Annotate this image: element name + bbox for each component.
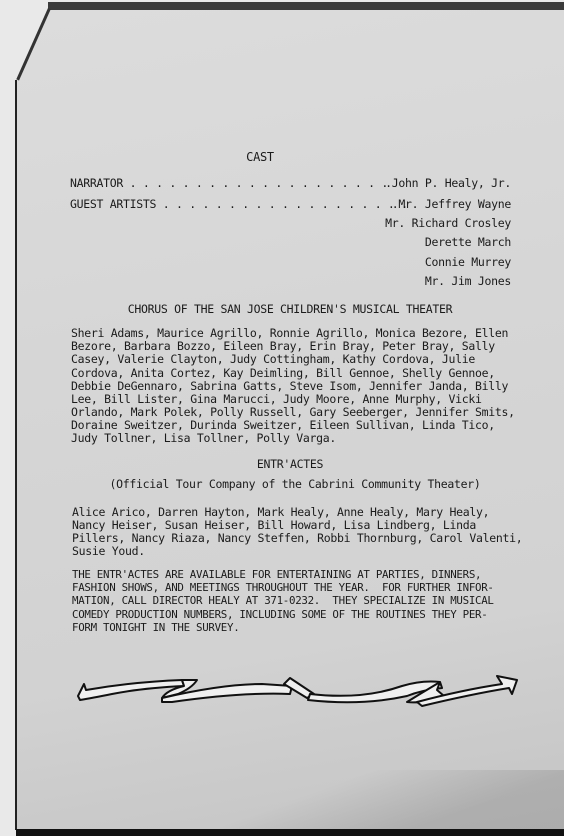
guest-artist: .Mr. Jeffrey Wayne — [300, 197, 511, 211]
page-shadow — [220, 770, 564, 830]
chorus-line: Sheri Adams, Maurice Agrillo, Ronnie Agr… — [71, 326, 508, 340]
page-edge-bottom — [16, 829, 564, 836]
chorus-line: Lee, Bill Lister, Gina Marucci, Judy Moo… — [71, 392, 482, 406]
notice-line: MATION, CALL DIRECTOR HEALY AT 371-0232.… — [72, 594, 494, 608]
chorus-line: Casey, Valerie Clayton, Judy Cottingham,… — [71, 352, 475, 366]
entractes-line: Nancy Heiser, Susan Heiser, Bill Howard,… — [72, 518, 476, 532]
chorus-line: Doraine Sweitzer, Durinda Sweitzer, Eile… — [71, 418, 495, 432]
entractes-subheading: (Official Tour Company of the Cabrini Co… — [60, 477, 530, 491]
chorus-line: Judy Tollner, Lisa Tollner, Polly Varga. — [71, 431, 336, 445]
chorus-line: Debbie DeGennaro, Sabrina Gatts, Steve I… — [71, 379, 508, 393]
cast-heading: CAST — [200, 150, 320, 164]
notice-line: COMEDY PRODUCTION NUMBERS, INCLUDING SOM… — [72, 608, 487, 622]
chorus-heading: CHORUS OF THE SAN JOSE CHILDREN'S MUSICA… — [60, 302, 520, 316]
guest-artist: Connie Murrey — [300, 255, 511, 269]
page-edge-top — [48, 2, 564, 10]
ribbon-banner-icon — [72, 672, 522, 708]
notice-line: FASHION SHOWS, AND MEETINGS THROUGHOUT T… — [72, 581, 494, 595]
notice-line: THE ENTR'ACTES ARE AVAILABLE FOR ENTERTA… — [72, 568, 481, 582]
entractes-line: Alice Arico, Darren Hayton, Mark Healy, … — [72, 505, 489, 519]
entractes-line: Pillers, Nancy Riaza, Nancy Steffen, Rob… — [72, 531, 522, 545]
narrator-name: .John P. Healy, Jr. — [300, 176, 511, 190]
guest-artist: Derette March — [300, 235, 511, 249]
entractes-heading: ENTR'ACTES — [200, 457, 380, 471]
chorus-line: Bezore, Barbara Bozzo, Eileen Bray, Erin… — [71, 339, 495, 353]
guest-artist: Mr. Richard Crosley — [300, 216, 511, 230]
notice-line: FORM TONIGHT IN THE SURVEY. — [72, 621, 239, 635]
chorus-line: Orlando, Mark Polek, Polly Russell, Gary… — [71, 405, 515, 419]
chorus-line: Cordova, Anita Cortez, Kay Deimling, Bil… — [71, 366, 495, 380]
page-edge-left — [15, 80, 17, 830]
guest-artist: Mr. Jim Jones — [300, 274, 511, 288]
entractes-line: Susie Youd. — [72, 544, 145, 558]
